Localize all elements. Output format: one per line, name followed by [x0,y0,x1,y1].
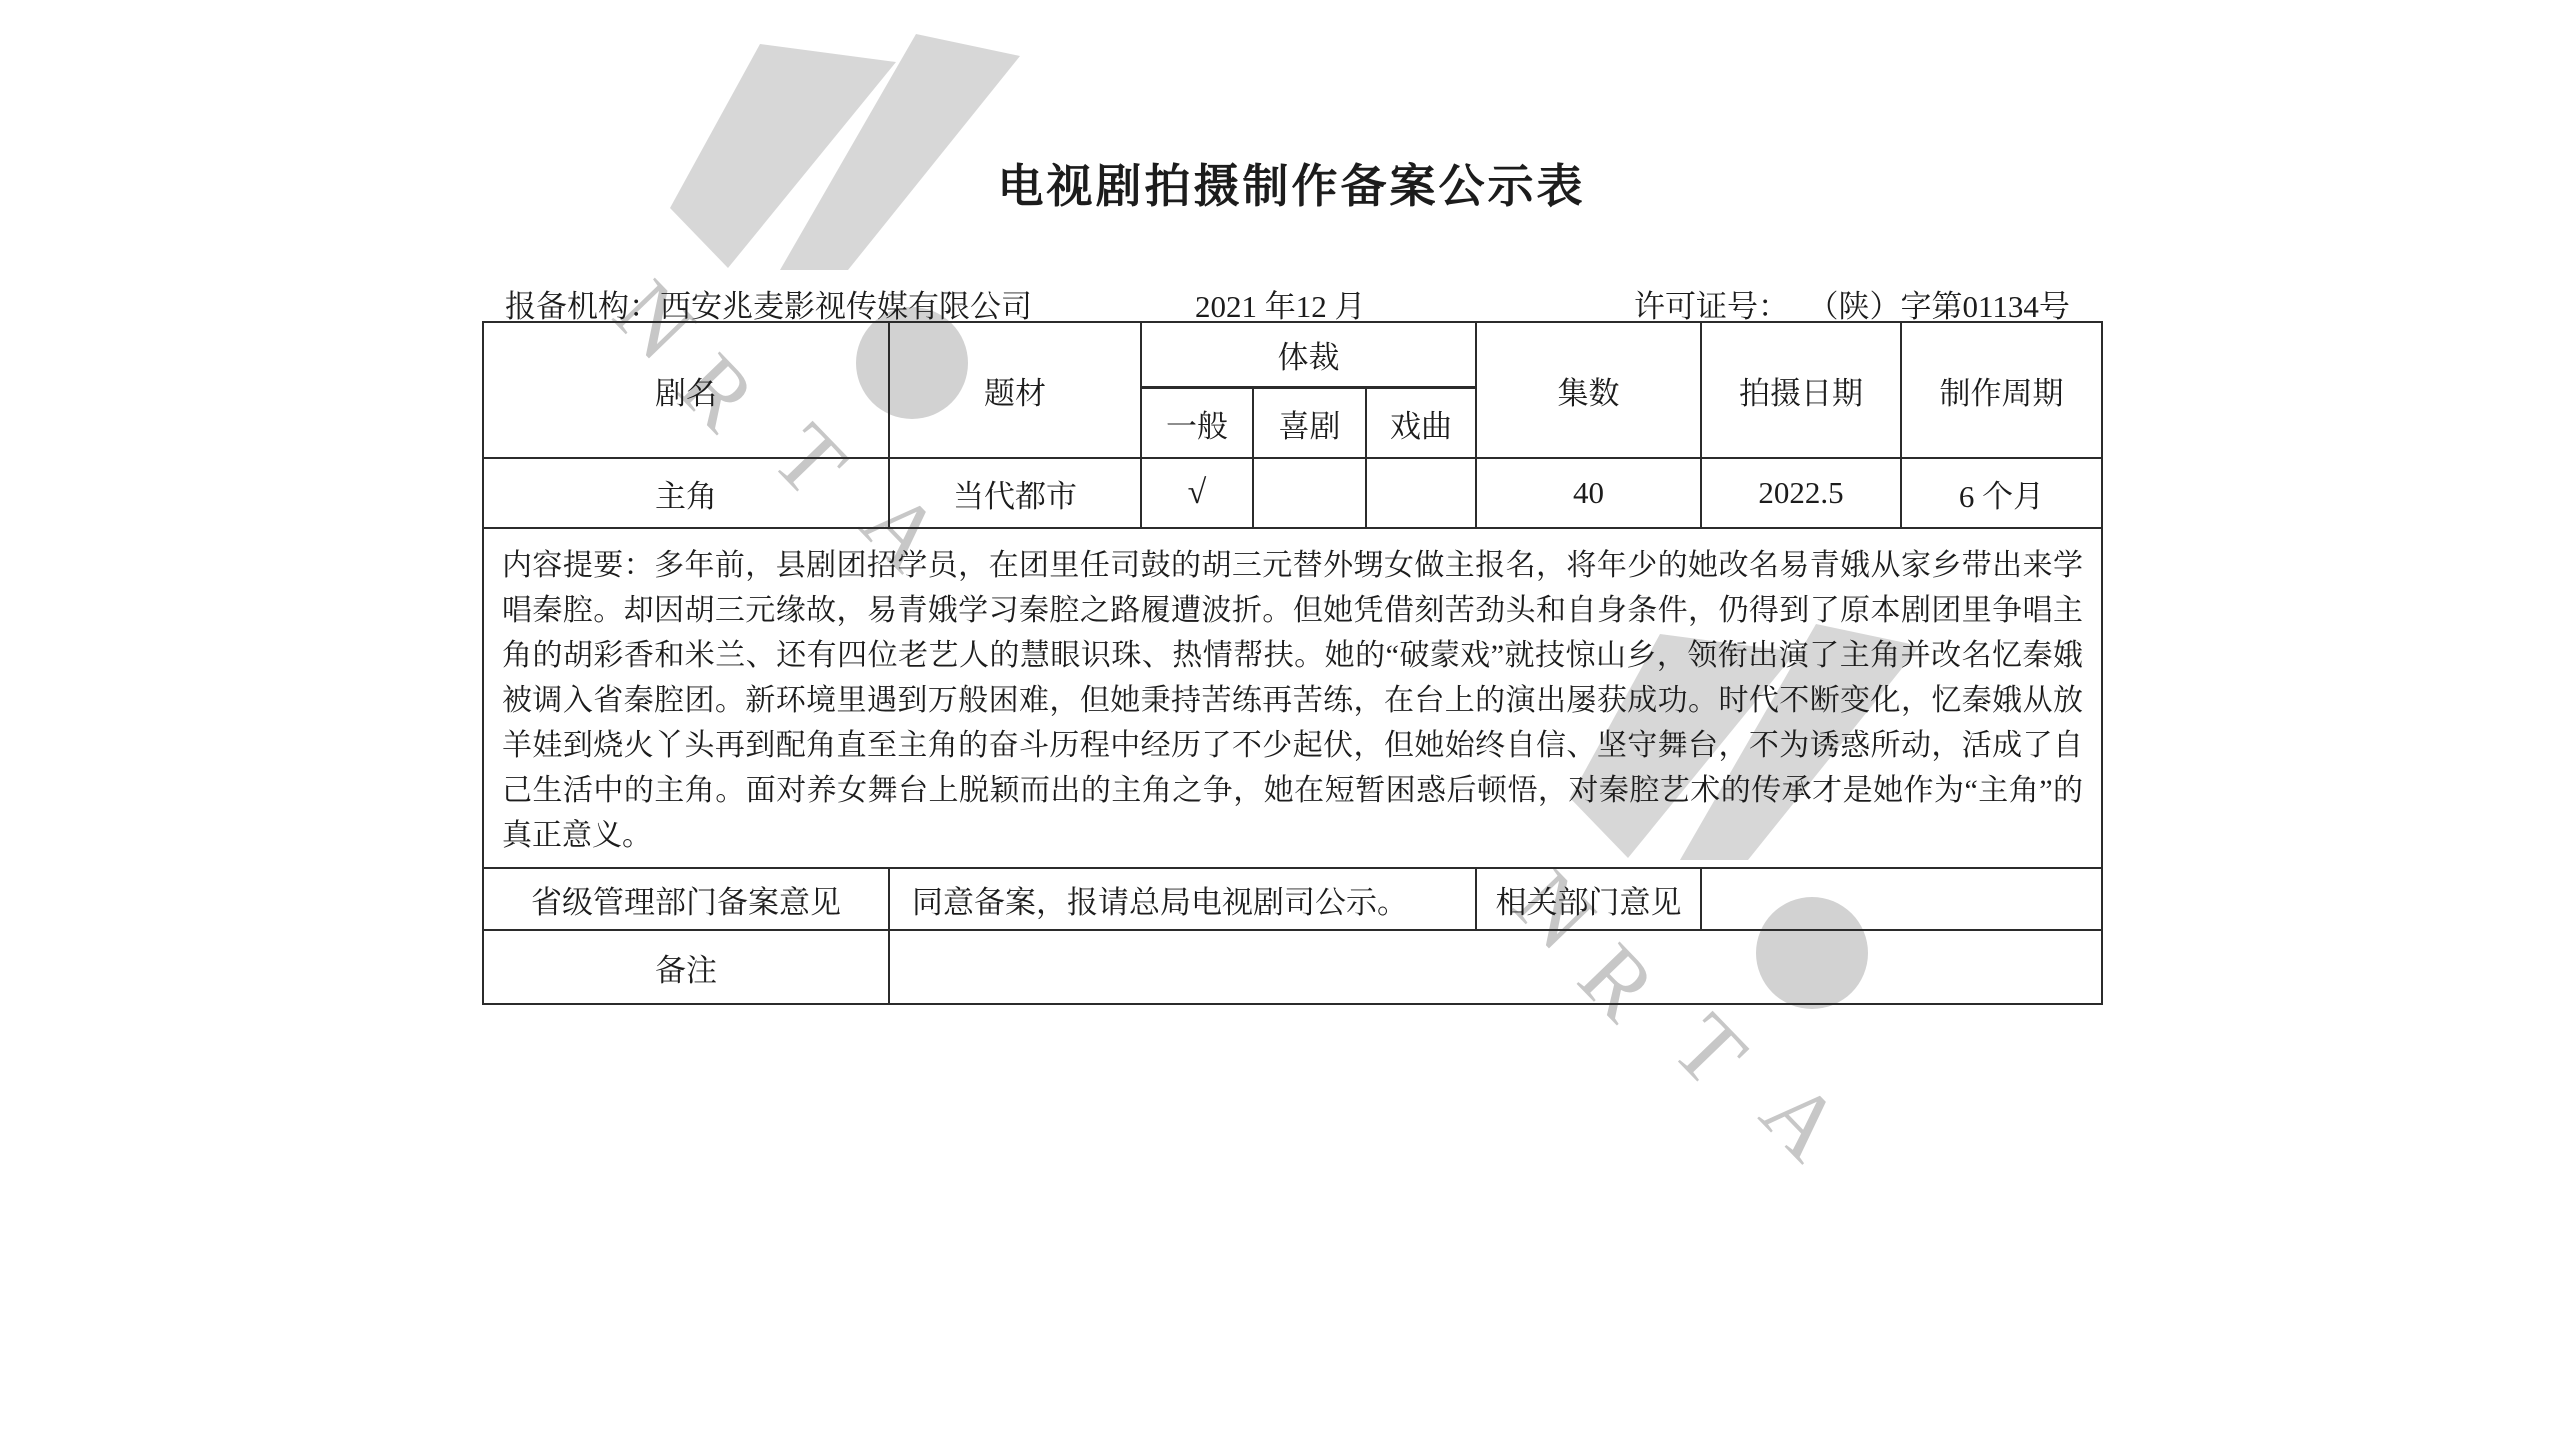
header-drama-name: 剧名 [484,323,890,459]
synopsis-cell: 内容提要：多年前，县剧团招学员，在团里任司鼓的胡三元替外甥女做主报名，将年少的她… [484,529,2101,869]
header-genre: 体裁 [1142,323,1477,389]
header-genre-comedy: 喜剧 [1254,389,1367,459]
synopsis-label: 内容提要： [502,549,654,582]
header-genre-general: 一般 [1142,389,1254,459]
reporting-org-line: 报备机构：西安兆麦影视传媒有限公司 [505,281,1032,326]
header-shoot-date: 拍摄日期 [1702,323,1902,459]
header-episodes: 集数 [1477,323,1702,459]
cell-episodes: 40 [1477,459,1702,529]
page-root: N R T A N R T A 电视剧拍摄制作备案公示表 报备机构：西安兆麦影视… [0,0,2550,1437]
report-date: 2021 年12 月 [1195,281,1366,326]
cell-genre-general-check: √ [1142,459,1254,529]
license-value: （陕）字第01134号 [1823,289,2070,324]
remarks-value [890,931,2101,1003]
related-dept-label: 相关部门意见 [1477,869,1702,931]
reporting-org-label: 报备机构： [505,289,660,324]
cell-subject: 当代都市 [890,459,1142,529]
cell-genre-opera-check [1367,459,1477,529]
cell-shoot-date: 2022.5 [1702,459,1902,529]
form-document: 电视剧拍摄制作备案公示表 报备机构：西安兆麦影视传媒有限公司 2021 年12 … [0,0,2550,1437]
record-form-table: 剧名 题材 体裁 一般 喜剧 戏曲 集数 拍摄日期 制作周期 主角 当代都市 √… [482,321,2103,1005]
provincial-opinion-label: 省级管理部门备案意见 [484,869,890,931]
cell-production-cycle: 6 个月 [1902,459,2101,529]
related-dept-value [1702,869,2101,931]
reporting-org-value: 西安兆麦影视传媒有限公司 [660,289,1032,324]
license-line: 许可证号：（陕）字第01134号 [1634,281,2070,326]
header-genre-opera: 戏曲 [1367,389,1477,459]
provincial-opinion-value: 同意备案，报请总局电视剧司公示。 [890,869,1477,931]
page-title: 电视剧拍摄制作备案公示表 [483,150,2100,216]
header-subject: 题材 [890,323,1142,459]
synopsis-text: 多年前，县剧团招学员，在团里任司鼓的胡三元替外甥女做主报名，将年少的她改名易青娥… [502,549,2083,852]
header-production-cycle: 制作周期 [1902,323,2101,459]
cell-genre-comedy-check [1254,459,1367,529]
remarks-label: 备注 [484,931,890,1003]
cell-drama-name: 主角 [484,459,890,529]
license-label: 许可证号： [1634,289,1789,324]
